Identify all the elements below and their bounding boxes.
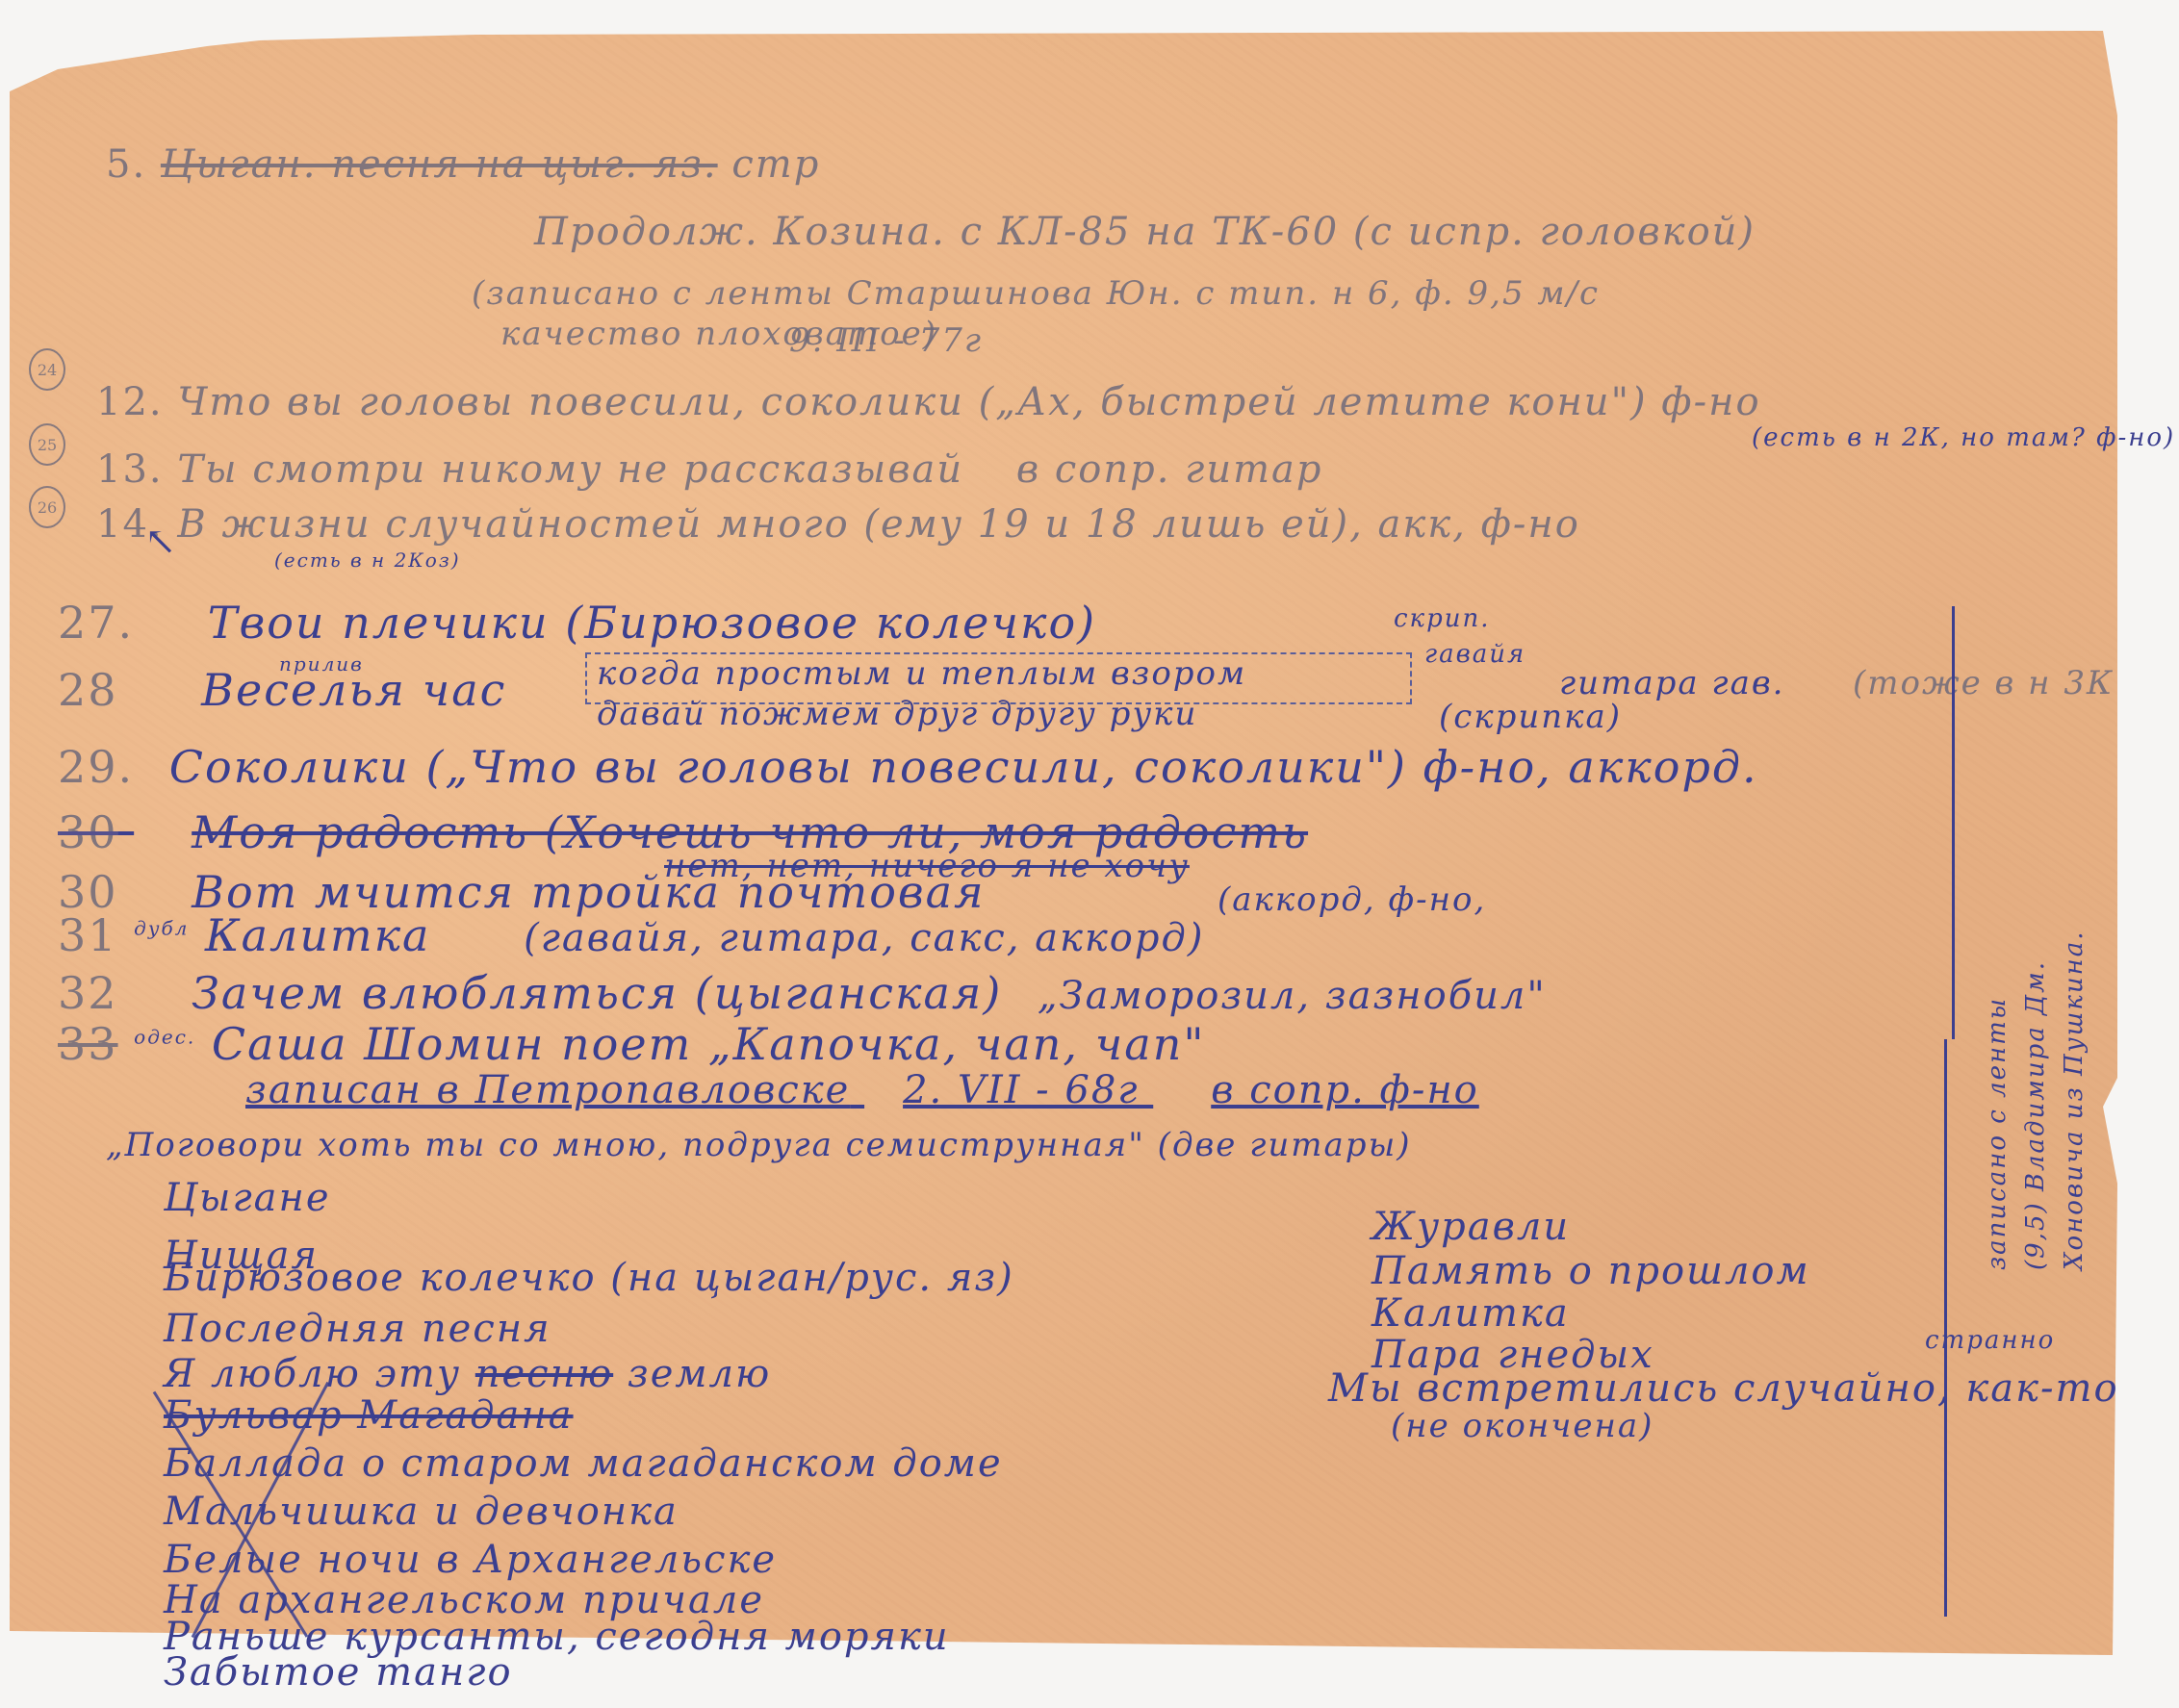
violin-note-2: (скрипка): [1439, 698, 1622, 736]
entry-27: 27. Твои плечики (Бирюзовое колечко): [58, 597, 1096, 649]
entry-13: 13. Ты смотри никому не рассказывай в со…: [96, 447, 1323, 492]
recording-note-1: (записано с ленты Старшинова Юн. с тип. …: [472, 274, 1600, 313]
entry-14-note: (есть в н 2Коз): [274, 548, 461, 572]
line-5: 5. Цыган. песня на цыг. яз. стр: [106, 142, 820, 187]
entry-29: 29. Соколики („Что вы головы повесили, с…: [58, 741, 1758, 793]
entry-33: 33 одес. Саша Шомин поет „Капочка, чап, …: [58, 1018, 1206, 1070]
song-list-item: Бирюзовое колечко (на цыган/рус. яз): [164, 1256, 1014, 1300]
margin-note-line-3: Хоновича из Пушкина.: [2060, 930, 2089, 1271]
song-list-item: Последняя песня: [164, 1307, 551, 1351]
song-list-item: Забытое танго: [164, 1650, 513, 1695]
entry-28: 28 Веселья час: [58, 664, 506, 716]
circle-number: 25: [29, 423, 65, 466]
recorded-in-petropavlovsk: записан в Петропавловске 2. VII - 68г в …: [245, 1068, 1479, 1112]
song-list-item: Калитка: [1371, 1291, 1570, 1336]
entry-28-lyric-1: когда простым и теплым взором: [597, 654, 1246, 693]
song-list-item: Мы встретились случайно, как-то: [1328, 1366, 2119, 1411]
entry-12: 12. Что вы головы повесили, соколики („А…: [96, 380, 1761, 424]
song-list-item: (не окончена): [1391, 1407, 1653, 1445]
entry-30-instruments: (аккорд, ф-но,: [1218, 880, 1486, 919]
guitar-note: гитара гав.: [1559, 664, 1784, 702]
section-title: Продолж. Козина. с КЛ-85 на ТК-60 (с исп…: [534, 210, 1756, 254]
also-in-3k-note: (тоже в н 3К: [1853, 664, 2114, 702]
entry-13-note: (есть в н 2К, но там? ф-но): [1752, 423, 2175, 452]
hawaiian-note: гавайя: [1424, 640, 1525, 669]
margin-bracket: [1944, 1039, 1947, 1617]
circle-number: 26: [29, 486, 65, 528]
violin-note: скрип.: [1394, 604, 1491, 633]
struck-title: Цыган. песня на цыг. яз.: [161, 142, 718, 187]
song-list-item: Журавли: [1371, 1205, 1570, 1249]
song-list-item: „Поговори хоть ты со мною, подруга семис…: [106, 1126, 1412, 1164]
margin-note-line-2: (9,5) Владимира Дм.: [2021, 960, 2050, 1270]
song-list-item: Цыгане: [164, 1176, 331, 1220]
margin-bracket: [1952, 606, 1955, 1039]
song-list-item: Память о прошлом: [1371, 1249, 1810, 1293]
song-list-item: Баллада о старом магаданском доме: [164, 1441, 1003, 1486]
recording-date: 9. III - 77г: [789, 321, 983, 360]
margin-note-line-1: записано с ленты: [1983, 997, 2012, 1270]
entry-32: 32 Зачем влюбляться (цыганская) „Замороз…: [58, 967, 1547, 1019]
entry-28-lyric-2: давай пожмем друг другу руки: [597, 695, 1197, 733]
entry-14: 14. В жизни случайностей много (ему 19 и…: [96, 502, 1580, 547]
song-list-item-struck: Бульвар Магадана: [164, 1393, 574, 1438]
song-list-item: Белые ночи в Архангельске: [164, 1538, 777, 1582]
song-list-item: Я люблю эту песню землю: [164, 1352, 771, 1396]
circle-number: 24: [29, 348, 65, 391]
arrow-icon: ↖: [144, 520, 177, 564]
entry-31: 31 дубл Калитка (гавайя, гитара, сакс, а…: [58, 909, 1204, 961]
